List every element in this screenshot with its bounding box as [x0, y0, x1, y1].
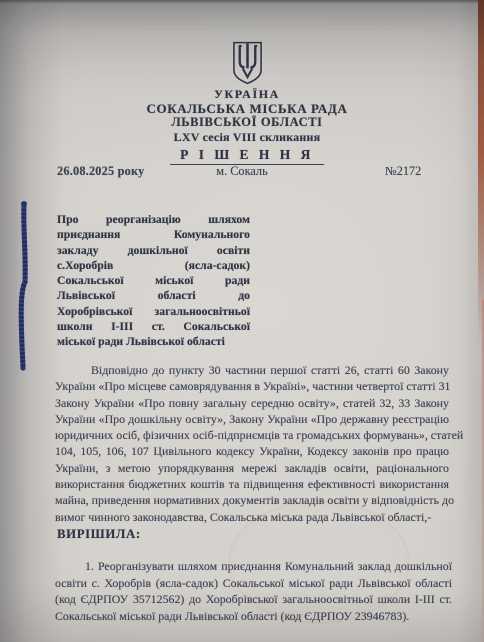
- binding-thread-icon: [13, 198, 35, 376]
- resolution-item-1: 1. Реорганізувати шляхом приєднання Кому…: [55, 558, 452, 624]
- header-council-name: СОКАЛЬСЬКА МІСЬКА РАДА: [10, 102, 484, 116]
- preamble-line: України «Про дошкільну освіту», Закону У…: [55, 411, 449, 427]
- preamble-line: 104, 105, 106, 107 Цивільного кодексу Ук…: [55, 443, 449, 459]
- date-line: м. Сокаль 26.08.2025 року №2172: [0, 164, 484, 180]
- subject-paragraph: Про реорганізацію шляхом приєднання Кому…: [57, 212, 250, 350]
- preamble-line: України, з метою упорядкування мережі за…: [55, 460, 449, 476]
- header-country: УКРАЇНА: [10, 88, 484, 101]
- subject-line: с.Хоробрів (ясла-садок): [57, 258, 250, 273]
- subject-line: школи І-ІІІ ст. Сокальської: [57, 319, 250, 334]
- date-value: 26.08.2025 року: [57, 164, 144, 179]
- subject-line: Сокальської міської ради: [57, 273, 250, 288]
- subject-line: Хоробрівської загальноосвітньої: [57, 304, 250, 319]
- preamble-line: вимог чинного законодавства, Сокальська …: [55, 509, 449, 525]
- resolved-heading: ВИРІШИЛА:: [57, 527, 141, 542]
- preamble-line: України «Про місцеве самоврядування в Ук…: [55, 378, 449, 394]
- subject-line: Львівської області до: [57, 288, 250, 303]
- preamble-line: використання бюджетних коштів та підвище…: [55, 476, 449, 492]
- header-session: LXV сесія VIII скликання: [10, 130, 484, 144]
- header-region: ЛЬВІВСЬКОЇ ОБЛАСТІ: [10, 116, 484, 130]
- preamble-line: Закону України «Про повну загальну серед…: [55, 395, 449, 411]
- tryzub-coat-of-arms-icon: [231, 41, 264, 85]
- document-header: УКРАЇНА СОКАЛЬСЬКА МІСЬКА РАДА ЛЬВІВСЬКО…: [10, 41, 484, 165]
- preamble-line: юридичних осіб, фізичних осіб-підприємці…: [55, 427, 449, 443]
- subject-line: Про реорганізацію шляхом: [57, 212, 250, 227]
- item-line: Сокальської міської ради Львівської обла…: [55, 608, 452, 625]
- preamble-line: Відповідно до пункту 30 частини першої с…: [55, 362, 449, 378]
- preamble-paragraph: Відповідно до пункту 30 частини першої с…: [55, 362, 449, 525]
- document-number: №2172: [385, 164, 421, 179]
- item-line: 1. Реорганізувати шляхом приєднання Кому…: [55, 558, 452, 575]
- subject-line: закладу дошкільної освіти: [57, 243, 250, 258]
- document-photo: УКРАЇНА СОКАЛЬСЬКА МІСЬКА РАДА ЛЬВІВСЬКО…: [0, 0, 484, 642]
- subject-line: приєднання Комунального: [57, 227, 250, 242]
- item-line: освіти с. Хоробрів (ясла-садок) Сокальсь…: [55, 575, 452, 592]
- preamble-line: майна, приведення нормативних документів…: [55, 492, 449, 508]
- document-type-title: Р І Ш Е Н Н Я: [170, 146, 324, 165]
- item-line: (код ЄДРПОУ 35712562) до Хоробрівської з…: [55, 591, 452, 608]
- subject-line: міської ради Львівської області: [57, 334, 250, 349]
